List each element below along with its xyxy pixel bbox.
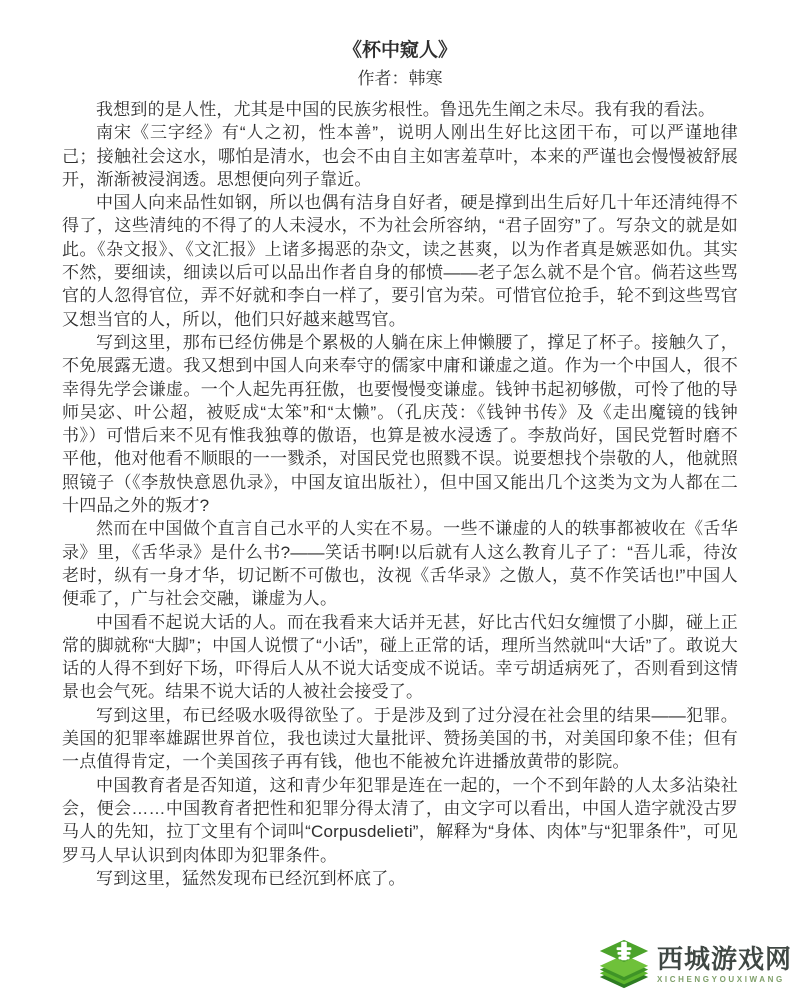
paragraph: 中国人向来品性如钢，所以也偶有洁身自好者，硬是撑到出生后好几十年还清纯得不得了，… (62, 191, 738, 331)
site-name-latin: XICHENGYOUXIWANG (657, 975, 785, 984)
watermark-text: 西城游戏网 XICHENGYOUXIWANG (657, 945, 792, 984)
site-name: 西城游戏网 (657, 945, 792, 973)
paragraph: 写到这里，布已经吸水吸得欲坠了。于是涉及到了过分浸在社会里的结果——犯罪。美国的… (62, 704, 738, 774)
watermark: 西城游戏网 XICHENGYOUXIWANG (596, 938, 792, 990)
page: 《杯中窥人》 作者：韩寒 我想到的是人性，尤其是中国的民族劣根性。鲁迅先生阐之未… (0, 0, 800, 992)
paragraph: 我想到的是人性，尤其是中国的民族劣根性。鲁迅先生阐之未尽。我有我的看法。 (62, 98, 738, 121)
site-logo-icon (596, 938, 652, 990)
paragraph: 中国教育者是否知道，这和青少年犯罪是连在一起的，一个不到年龄的人太多沾染社会，便… (62, 774, 738, 867)
paragraph: 中国看不起说大话的人。而在我看来大话并无甚，好比古代妇女缠惯了小脚，碰上正常的脚… (62, 611, 738, 704)
article-body: 我想到的是人性，尤其是中国的民族劣根性。鲁迅先生阐之未尽。我有我的看法。 南宋《… (62, 98, 738, 890)
paragraph: 南宋《三字经》有“人之初，性本善”，说明人刚出生好比这团干布，可以严谨地律己；接… (62, 121, 738, 191)
article-title: 《杯中窥人》 (62, 38, 738, 64)
paragraph: 然而在中国做个直言自己水平的人实在不易。一些不谦虚的人的轶事都被收在《舌华录》里… (62, 517, 738, 610)
paragraph: 写到这里，那布已经仿佛是个累极的人躺在床上伸懒腰了，撑足了杯子。接触久了，不免展… (62, 331, 738, 517)
article-author: 作者：韩寒 (62, 67, 738, 91)
article: 《杯中窥人》 作者：韩寒 我想到的是人性，尤其是中国的民族劣根性。鲁迅先生阐之未… (62, 0, 738, 890)
paragraph: 写到这里，猛然发现布已经沉到杯底了。 (62, 867, 738, 890)
